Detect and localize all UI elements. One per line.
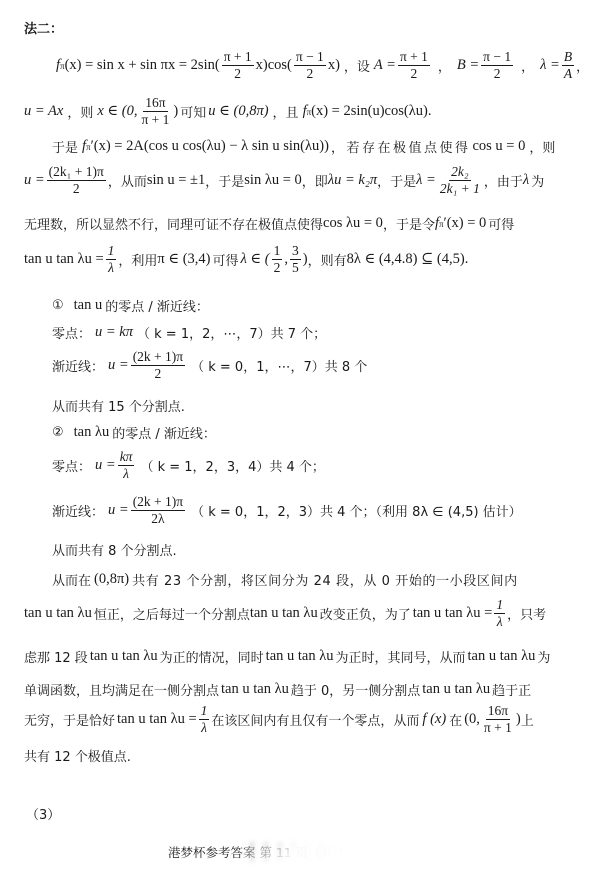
part2-summary: 从而共有 8 个分割点. [52, 540, 177, 559]
expr: λ = [416, 172, 436, 189]
expr: cos u = 0 [472, 138, 525, 155]
text: （ k = 1，2，⋯，7）共 7 个； [137, 323, 326, 342]
part2-zeros: 零点： u = kπλ （ k = 1，2，3，4）共 4 个； [52, 450, 325, 481]
fraction: (2k + 1)π2λ [131, 495, 185, 526]
fraction: π − 12 [294, 50, 326, 81]
circled-number: ② [52, 425, 64, 440]
text: 单调函数，且均满足在一侧分割点 [24, 680, 219, 699]
fraction: 1λ [494, 598, 505, 629]
text: 趋于 0，另一侧分割点 [291, 680, 420, 699]
expr: tan u tan λu [250, 605, 318, 622]
expr: x ∈ (0, [97, 103, 137, 120]
fraction: 12 [272, 244, 283, 275]
fraction: π + 12 [222, 50, 254, 81]
text: 上 [521, 710, 534, 729]
text: ， [438, 56, 451, 75]
expr: u = Ax [24, 103, 63, 120]
text: 的零点 / 渐近线： [112, 423, 216, 442]
expr: tan u tan λu = [413, 605, 493, 622]
expr: ′(x) = 2A(cos u cos(λu) − λ sin u sin(λu… [91, 138, 329, 155]
text: 改变正负，为了 [320, 604, 411, 623]
expr: , [284, 251, 288, 268]
expr: (x) = sin x + sin πx = 2sin( [65, 57, 220, 74]
expr: . [428, 103, 432, 120]
text: 可得 [488, 214, 514, 233]
expr: λ ∈ ( [241, 251, 270, 268]
fraction: π − 12 [481, 50, 513, 81]
circled-number: ① [52, 298, 64, 313]
text: 趋于正 [492, 680, 531, 699]
label: 零点： [52, 323, 91, 342]
expr: tan u tan λu [24, 605, 92, 622]
part1-title: ① tan u 的零点 / 渐近线： [52, 296, 209, 315]
text: （ k = 0，1，⋯，7）共 8 个 [191, 356, 367, 375]
expr: x)cos( [256, 57, 292, 74]
expr: (0,8π) [94, 571, 129, 588]
text: （ k = 1，2，3，4）共 4 个； [140, 456, 324, 475]
expr: u = [108, 502, 129, 519]
formula-line-2: u = Ax ，则 x ∈ (0, 16ππ + 1 ) 可知 u ∈ (0,8… [24, 96, 431, 127]
text: （ k = 0，1，2，3）共 4 个；（利用 8λ ∈ (4,5) 估计） [191, 501, 522, 520]
label: 渐近线： [52, 501, 104, 520]
text: 可得 [213, 250, 239, 269]
page-curl-overlay [240, 838, 420, 890]
expr: tan u tan λu [422, 681, 490, 698]
fraction: π + 12 [398, 50, 430, 81]
conclusion-line-1: 从而在 (0,8π) 共有 23 个分割，将区间分为 24 段，从 0 开始的一… [52, 570, 518, 589]
text: ，由于 [484, 171, 523, 190]
expr: . [465, 251, 469, 268]
expr: ) [173, 103, 178, 120]
conclusion-line-3: 虑那 12 段 tan u tan λu 为正的情况，同时 tan u tan … [24, 647, 550, 666]
text: 共有 23 个分割，将区间分为 24 段，从 0 开始的一小段区间内 [132, 570, 518, 589]
conclusion-line-4: 单调函数，且均满足在一侧分割点 tan u tan λu 趋于 0，另一侧分割点… [24, 680, 531, 699]
expr: (0, [464, 711, 480, 728]
formula-line-3: 于是 fπ ′(x) = 2A(cos u cos(λu) − λ sin u … [52, 137, 555, 156]
fraction: 16ππ + 1 [482, 704, 514, 735]
text: 为正时，其同号，从而 [336, 647, 466, 666]
expr: f (x) [422, 711, 446, 728]
text: ，只考 [507, 604, 546, 623]
fraction: 35 [290, 244, 301, 275]
section-3-label: （3） [26, 804, 60, 823]
conclusion-line-5: 无穷，于是恰好 tan u tan λu = 1λ 在该区间内有且仅有一个零点，… [24, 704, 534, 735]
text: 恒正，之后每过一个分割点 [94, 604, 250, 623]
text: 为 [537, 647, 550, 666]
fraction: BA [562, 50, 574, 81]
expr: sin λu = 0 [244, 172, 302, 189]
expr: u = [95, 457, 116, 474]
expr: tan u tan λu [90, 648, 158, 665]
expr: x) [328, 57, 340, 74]
fraction: 16ππ + 1 [139, 96, 171, 127]
method-two-heading: 法二： [24, 18, 63, 37]
text: ，于是 [377, 171, 416, 190]
part2-asymptotes: 渐近线： u = (2k + 1)π2λ （ k = 0，1，2，3）共 4 个… [52, 495, 522, 526]
part1-summary: 从而共有 15 个分割点. [52, 396, 185, 415]
text: 为正的情况，同时 [160, 647, 264, 666]
conclusion-line-2: tan u tan λu 恒正，之后每过一个分割点 tan u tan λu 改… [24, 598, 546, 629]
text: 为 [531, 171, 544, 190]
text: ，则有 [308, 250, 347, 269]
text: 在该区间内有且仅有一个零点，从而 [211, 710, 419, 729]
text: 可知 [180, 102, 206, 121]
text: 从而在 [52, 570, 91, 589]
expr: u = [108, 357, 129, 374]
expr: u = kπ [95, 324, 133, 341]
expr: u = [24, 172, 45, 189]
expr: tan u tan λu [221, 681, 289, 698]
expr: λ [523, 172, 529, 189]
expr: λ = [540, 57, 560, 74]
conclusion-line-6: 共有 12 个极值点. [24, 746, 131, 765]
fraction: 2k₂2k₁ + 1 [438, 165, 482, 196]
expr: B = [457, 57, 479, 74]
fraction: 1λ [199, 704, 210, 735]
expr: ′(x) = 0 [444, 215, 487, 232]
expr: 8λ ∈ (4,4.8) ⊆ (4,5) [347, 251, 465, 268]
label: 渐近线： [52, 356, 104, 375]
fraction: 1λ [106, 244, 117, 275]
fraction: kπλ [118, 450, 135, 481]
part1-asymptotes: 渐近线： u = (2k + 1)π2 （ k = 0，1，⋯，7）共 8 个 [52, 350, 367, 381]
text: 于是 [52, 137, 78, 156]
text: 在 [449, 710, 462, 729]
label: 零点： [52, 456, 91, 475]
text: ， [576, 56, 589, 75]
text: ，于是 [205, 171, 244, 190]
part2-title: ② tan λu 的零点 / 渐近线： [52, 423, 216, 442]
formula-line-1: fπ (x) = sin x + sin πx = 2sin( π + 12 x… [56, 50, 589, 81]
part1-zeros: 零点： u = kπ （ k = 1，2，⋯，7）共 7 个； [52, 323, 326, 342]
fraction: (2k + 1)π2 [131, 350, 185, 381]
text: ，利用 [118, 250, 157, 269]
expr: tan u [74, 297, 103, 314]
text: ，即 [302, 171, 328, 190]
text: ，于是令 [383, 214, 435, 233]
text: ，则 [529, 137, 555, 156]
expr: tan u tan λu [468, 648, 536, 665]
text: ，则 [67, 102, 93, 121]
text: ，且 [273, 102, 299, 121]
expr: (x) = 2sin(u)cos(λu) [311, 103, 428, 120]
expr: sin u = ±1 [147, 172, 205, 189]
text: 无理数，所以显然不行，同理可证不存在极值点使得 [24, 214, 323, 233]
text: ，从而 [108, 171, 147, 190]
expr: cos λu = 0 [323, 215, 383, 232]
text: 虑那 12 段 [24, 647, 88, 666]
text: 无穷，于是恰好 [24, 710, 115, 729]
text: ，若存在极值点使得 [331, 137, 471, 156]
text: ，设 [344, 56, 370, 75]
expr: tan u tan λu [266, 648, 334, 665]
formula-line-6: tan u tan λu = 1λ ，利用 π ∈ (3,4) 可得 λ ∈ (… [24, 244, 468, 275]
expr: A = [374, 57, 396, 74]
fraction: (2k₁ + 1)π2 [47, 165, 106, 196]
text: 的零点 / 渐近线： [105, 296, 209, 315]
formula-line-4: u = (2k₁ + 1)π2 ，从而 sin u = ±1 ，于是 sin λ… [24, 165, 544, 196]
expr: u ∈ (0,8π) [208, 103, 268, 120]
text: ， [521, 56, 534, 75]
expr: λu = k₂π [328, 172, 377, 189]
expr: π ∈ (3,4) [157, 251, 210, 268]
formula-line-5: 无理数，所以显然不行，同理可证不存在极值点使得 cos λu = 0 ，于是令 … [24, 214, 514, 233]
expr: tan u tan λu = [117, 711, 197, 728]
expr: tan u tan λu = [24, 251, 104, 268]
expr: tan λu [74, 424, 110, 441]
